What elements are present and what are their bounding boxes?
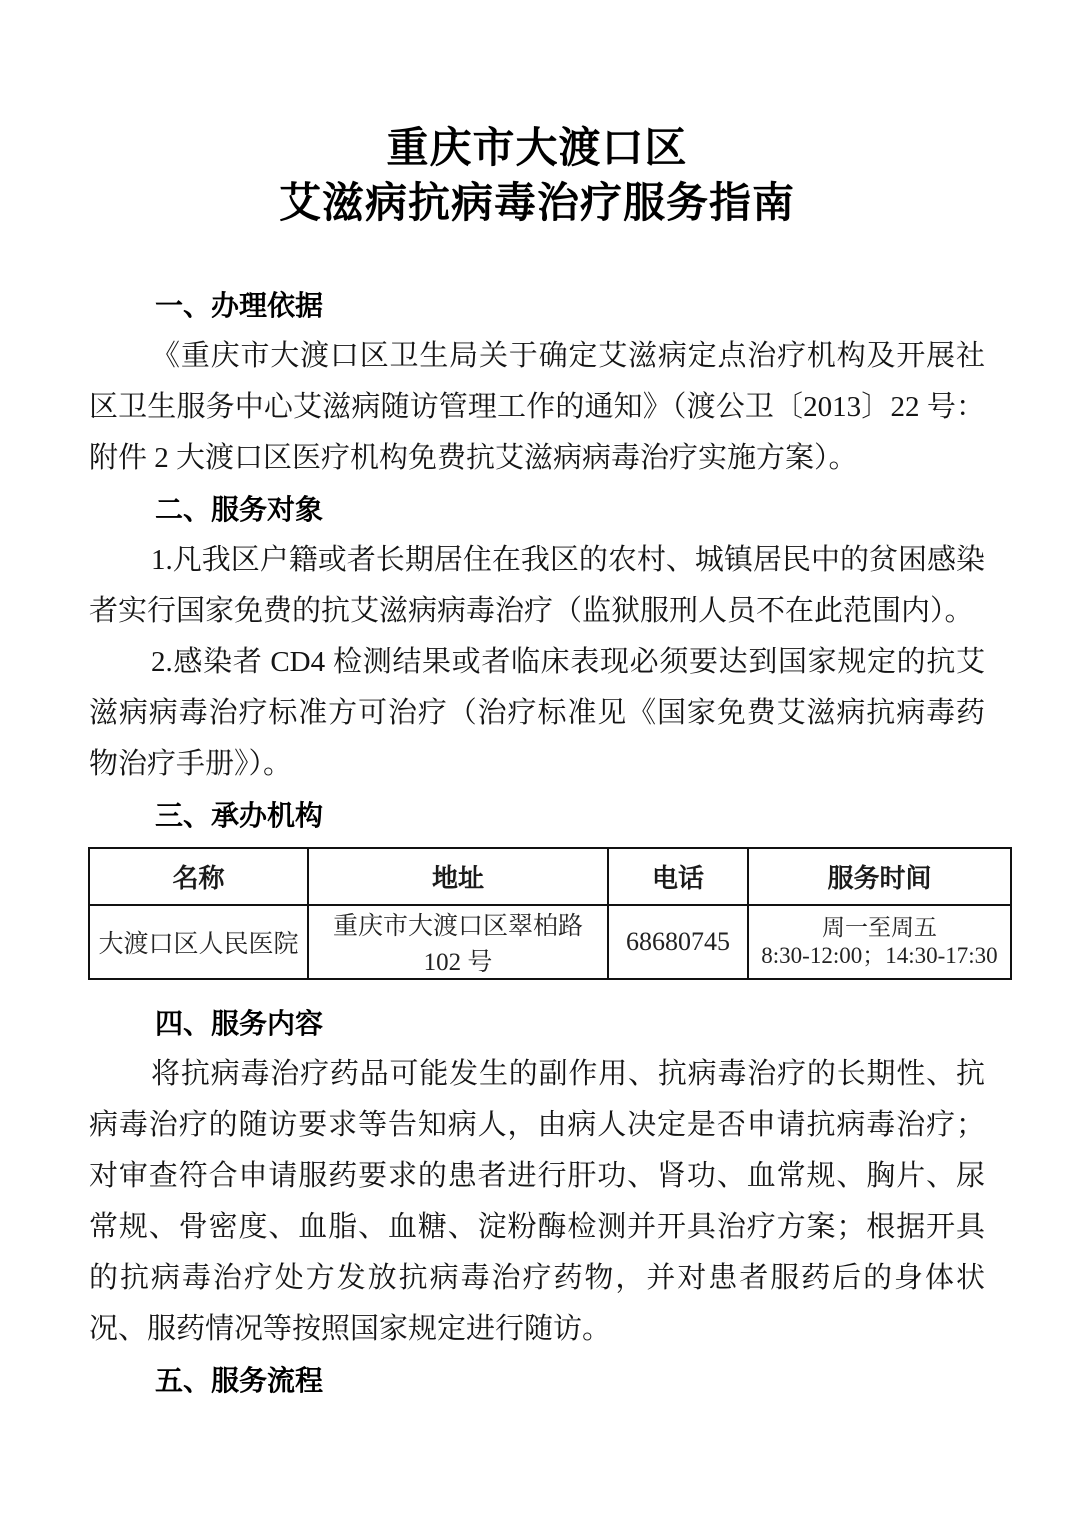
agency-table-header-phone: 电话 — [608, 848, 748, 905]
paragraph-target-item-1: 1.凡我区户籍或者长期居住在我区的农村、城镇居民中的贫困感染者实行国家免费的抗艾… — [89, 535, 985, 637]
paragraph-basis: 《重庆市大渡口区卫生局关于确定艾滋病定点治疗机构及开展社区卫生服务中心艾滋病随访… — [89, 331, 985, 484]
agency-service-time-cell: 周一至周五 8:30-12:00；14:30-17:30 — [748, 905, 1011, 979]
agency-table-header-row: 名称 地址 电话 服务时间 — [89, 848, 1011, 905]
agency-table-header-address: 地址 — [308, 848, 608, 905]
agency-phone-cell: 68680745 — [608, 905, 748, 979]
agency-table-header-name: 名称 — [89, 848, 308, 905]
section-heading-target: 二、服务对象 — [155, 484, 985, 535]
agency-table-header-service-time: 服务时间 — [748, 848, 1011, 905]
section-heading-content: 四、服务内容 — [155, 998, 985, 1049]
section-heading-process: 五、服务流程 — [155, 1355, 985, 1406]
service-time-line-2: 8:30-12:00；14:30-17:30 — [753, 942, 1006, 970]
document-title-line-1: 重庆市大渡口区 — [89, 122, 985, 177]
service-time-line-1: 周一至周五 — [753, 914, 1006, 942]
section-heading-basis: 一、办理依据 — [155, 280, 985, 331]
paragraph-target-item-2: 2.感染者 CD4 检测结果或者临床表现必须要达到国家规定的抗艾滋病病毒治疗标准… — [89, 637, 985, 790]
section-heading-agency: 三、承办机构 — [155, 790, 985, 841]
paragraph-content: 将抗病毒治疗药品可能发生的副作用、抗病毒治疗的长期性、抗病毒治疗的随访要求等告知… — [89, 1049, 985, 1355]
document-title: 重庆市大渡口区 艾滋病抗病毒治疗服务指南 — [89, 122, 985, 232]
agency-address-cell: 重庆市大渡口区翠柏路 102 号 — [308, 905, 608, 979]
agency-table-row: 大渡口区人民医院 重庆市大渡口区翠柏路 102 号 68680745 周一至周五… — [89, 905, 1011, 979]
agency-table: 名称 地址 电话 服务时间 大渡口区人民医院 重庆市大渡口区翠柏路 102 号 … — [88, 847, 1012, 980]
document-title-line-2: 艾滋病抗病毒治疗服务指南 — [89, 177, 985, 232]
document-page: 重庆市大渡口区 艾滋病抗病毒治疗服务指南 一、办理依据 《重庆市大渡口区卫生局关… — [0, 0, 1074, 1520]
agency-name-cell: 大渡口区人民医院 — [89, 905, 308, 979]
